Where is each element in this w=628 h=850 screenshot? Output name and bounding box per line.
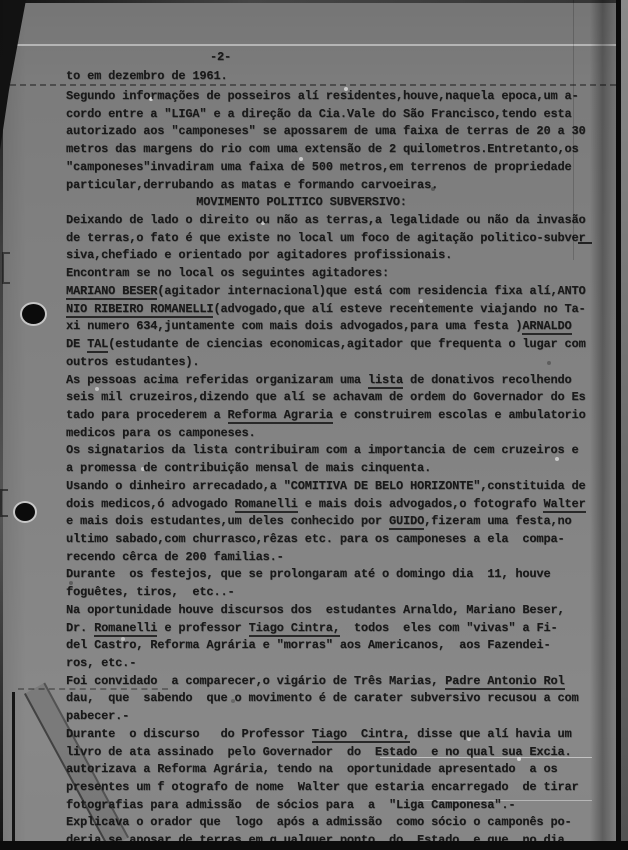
document-line: dau, que sabendo que o movimento é de ca… (66, 690, 593, 708)
scan-edge-bottom (0, 841, 628, 850)
margin-bracket-mark (2, 252, 10, 284)
document-line: Explicava o orador que logo após a admis… (66, 814, 593, 832)
document-line: particular,derrubando as matas e formand… (66, 177, 593, 195)
text-segment: Encontram se no local os seguintes agita… (66, 266, 389, 280)
document-line: e mais dois estudantes,um deles conhecid… (66, 513, 593, 531)
document-line: autorizava a Reforma Agrária, tendo na o… (66, 761, 593, 779)
text-segment: Dr. (66, 621, 94, 635)
page-edge-shadow (590, 0, 618, 850)
dashed-crease-line (0, 84, 616, 86)
document-line: ros, etc.- (66, 655, 593, 673)
document-line: foguêtes, tiros, etc..- (66, 584, 593, 602)
text-segment: medicos para os camponeses. (66, 426, 256, 440)
paper-fold-line (12, 692, 15, 850)
text-segment: autorizava a Reforma Agrária, tendo na o… (66, 762, 557, 776)
text-segment: dau, que sabendo que o movimento é de ca… (66, 691, 579, 705)
text-segment: e mais dois advogados,o fotografo (298, 497, 544, 511)
document-line: ultimo sabado,com churrasco,rêzas etc. p… (66, 531, 593, 549)
text-segment: recendo cêrca de 200 familias.- (66, 550, 284, 564)
underlined-name: Padre Antonio Rol (445, 674, 564, 690)
punch-hole (22, 304, 45, 324)
document-line: seis mil cruzeiros,dizendo que alí se ac… (66, 389, 593, 407)
underlined-name: MARIANO BESER (66, 284, 157, 300)
document-line: autorizado aos "camponeses" se apossarem… (66, 123, 593, 141)
text-segment: livro de ata assinado pelo Governador do… (66, 745, 572, 759)
text-segment: e professor (157, 621, 248, 635)
text-segment: e construirem escolas e ambulatorio (333, 408, 586, 422)
text-segment: e mais dois estudantes,um deles conhecid… (66, 514, 389, 528)
date-line: to em dezembro de 1961. (66, 69, 228, 83)
text-segment: todos eles com "vivas" a Fi- (340, 621, 558, 635)
text-segment: pabecer.- (66, 709, 129, 723)
document-line: Os signatarios da lista contribuiram com… (66, 442, 593, 460)
document-line: tado para procederem a Reforma Agraria e… (66, 407, 593, 425)
text-segment: As pessoas acima referidas organizaram u… (66, 373, 368, 387)
crease-line (0, 44, 628, 46)
text-segment: outros estudantes). (66, 355, 199, 369)
underlined-name: GUIDO (389, 514, 424, 530)
text-segment: DE (66, 337, 87, 351)
text-segment: Durante os festejos, que se prolongaram … (66, 567, 550, 581)
document-line: fotografias para admissão de sócios para… (66, 797, 593, 815)
text-segment: xi numero 634,juntamente com mais dois a… (66, 319, 522, 333)
underlined-name: Reforma Agraria (228, 408, 333, 424)
text-segment: tado para procederem a (66, 408, 228, 422)
underlined-name: Walter (543, 497, 585, 513)
document-line: Durante o discurso do Professor Tiago Ci… (66, 726, 593, 744)
document-line: MARIANO BESER(agitador internacional)que… (66, 283, 593, 301)
document-line: Dr. Romanelli e professor Tiago Cintra, … (66, 620, 593, 638)
document-line: NIO RIBEIRO ROMANELLI(advogado,que alí e… (66, 301, 593, 319)
document-line: Foi convidado a comparecer,o vigário de … (66, 673, 593, 691)
scan-background-right (621, 0, 628, 850)
text-segment: del Castro, Reforma Agrária e "morras" a… (66, 638, 550, 652)
text-segment: (advogado,que alí esteve recentemente vi… (213, 302, 585, 316)
scan-edge-left (0, 0, 3, 850)
scanned-document-page: -2- to em dezembro de 1961. Segundo info… (0, 0, 628, 850)
text-segment: ros, etc.- (66, 656, 136, 670)
text-segment: Segundo informações de posseiros alí res… (66, 89, 579, 103)
document-line: xi numero 634,juntamente com mais dois a… (66, 318, 593, 336)
document-line: "camponeses"invadiram uma faixa de 500 m… (66, 159, 593, 177)
document-line: Na oportunidade houve discursos dos estu… (66, 602, 593, 620)
underlined-name: Tiago Cintra, (312, 727, 410, 743)
document-line: dois medicos,ó advogado Romanelli e mais… (66, 496, 593, 514)
document-line: DE TAL(estudante de ciencias economicas,… (66, 336, 593, 354)
text-segment: (agitador internacional)que está com res… (157, 284, 585, 298)
text-segment: autorizado aos "camponeses" se apossarem… (66, 124, 586, 138)
text-segment: de donativos recolhendo (403, 373, 572, 387)
text-segment: cordo entre a "LIGA" e a direção da Cia.… (66, 107, 572, 121)
text-segment: (estudante de ciencias economicas,agitad… (108, 337, 585, 351)
text-segment: Foi convidado a comparecer,o vigário de … (66, 674, 445, 688)
underlined-name: lista (368, 373, 403, 389)
text-segment: Na oportunidade houve discursos dos estu… (66, 603, 565, 617)
document-line: Deixando de lado o direito ou não as ter… (66, 212, 593, 230)
document-line: recendo cêrca de 200 familias.- (66, 549, 593, 567)
page-number: -2- (210, 50, 231, 64)
document-line: outros estudantes). (66, 354, 593, 372)
text-segment: ultimo sabado,com churrasco,rêzas etc. p… (66, 532, 565, 546)
scan-edge-top (0, 0, 628, 3)
text-segment: Usando o dinheiro arrecadado,a "COMITIVA… (66, 479, 586, 493)
document-line: Segundo informações de posseiros alí res… (66, 88, 593, 106)
document-line: Durante os festejos, que se prolongaram … (66, 566, 593, 584)
underlined-name: Romanelli (94, 621, 157, 637)
text-block: Segundo informações de posseiros alí res… (66, 88, 593, 850)
text-segment: particular,derrubando as matas e formand… (66, 178, 438, 192)
text-segment: MOVIMENTO POLITICO SUBVERSIVO: (196, 195, 407, 209)
document-line: presentes um f otografo de nome Walter q… (66, 779, 593, 797)
underlined-name: Romanelli (235, 497, 298, 513)
document-line: del Castro, Reforma Agrária e "morras" a… (66, 637, 593, 655)
text-segment: metros das margens do rio com uma extens… (66, 142, 579, 156)
underlined-name: TAL (87, 337, 108, 353)
document-line: As pessoas acima referidas organizaram u… (66, 372, 593, 390)
underlined-name: ARNALDO (522, 319, 571, 335)
text-segment: dois medicos,ó advogado (66, 497, 235, 511)
underlined-name: NIO RIBEIRO ROMANELLI (66, 302, 213, 318)
section-heading: MOVIMENTO POLITICO SUBVERSIVO: (66, 194, 593, 212)
document-line: a promessa de contribuição mensal de mai… (66, 460, 593, 478)
text-segment: de terras,o fato é que existe no local u… (66, 231, 586, 245)
text-segment: disse que alí havia um (410, 727, 572, 741)
text-segment: siva,chefiado e orientado por agitadores… (66, 248, 452, 262)
scan-edge-left-wedge (0, 0, 30, 150)
text-segment: Deixando de lado o direito ou não as ter… (66, 213, 586, 227)
document-line: de terras,o fato é que existe no local u… (66, 230, 593, 248)
document-line: siva,chefiado e orientado por agitadores… (66, 247, 593, 265)
text-segment: foguêtes, tiros, etc..- (66, 585, 235, 599)
text-segment: Explicava o orador que logo após a admis… (66, 815, 572, 829)
text-segment: seis mil cruzeiros,dizendo que alí se ac… (66, 390, 586, 404)
text-segment: a promessa de contribuição mensal de mai… (66, 461, 431, 475)
text-segment: Durante o discurso do Professor (66, 727, 312, 741)
text-segment: fotografias para admissão de sócios para… (66, 798, 515, 812)
punch-hole (15, 503, 35, 521)
document-line: cordo entre a "LIGA" e a direção da Cia.… (66, 106, 593, 124)
page-fold-line (573, 0, 574, 260)
text-segment: "camponeses"invadiram uma faixa de 500 m… (66, 160, 572, 174)
text-segment: presentes um f otografo de nome Walter q… (66, 780, 579, 794)
underlined-name: Tiago Cintra, (249, 621, 340, 637)
text-segment: ,fizeram uma festa,no (424, 514, 571, 528)
document-line: metros das margens do rio com uma extens… (66, 141, 593, 159)
document-line: Encontram se no local os seguintes agita… (66, 265, 593, 283)
document-line: Usando o dinheiro arrecadado,a "COMITIVA… (66, 478, 593, 496)
text-segment: Os signatarios da lista contribuiram com… (66, 443, 579, 457)
document-line: medicos para os camponeses. (66, 425, 593, 443)
document-line: livro de ata assinado pelo Governador do… (66, 744, 593, 762)
document-line: pabecer.- (66, 708, 593, 726)
